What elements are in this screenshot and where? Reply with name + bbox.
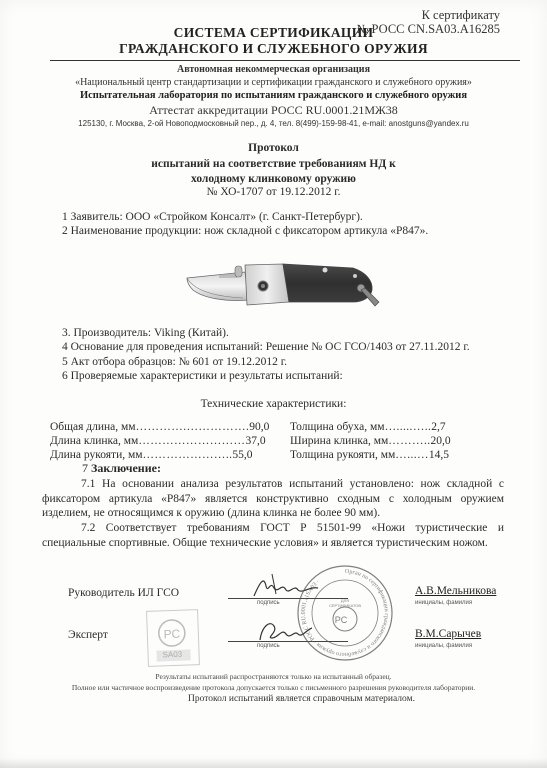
spec-value: 2,7 [431, 421, 445, 433]
spec-row: Общая длина, мм………….…………….90,0 [50, 421, 269, 433]
item-characteristics: 6 Проверяемые характеристики и результат… [62, 370, 343, 382]
spec-label: Ширина клинка, мм [290, 435, 388, 447]
tech-specs-heading: Технические характеристики: [0, 398, 547, 410]
org-type: Автономная некоммерческая организация [0, 64, 547, 75]
spec-value: 55,0 [232, 449, 252, 461]
item-applicant: 1 Заявитель: ООО «Стройком Консалт» (г. … [62, 211, 363, 223]
item-basis: 4 Основание для проведения испытаний: Ре… [62, 341, 470, 353]
spec-value: 37,0 [245, 435, 265, 447]
item-manufacturer: 3. Производитель: Viking (Китай). [62, 327, 229, 339]
signatory-name-head: А.В.Мельникова [415, 585, 496, 597]
lab-name: Испытательная лаборатория по испытаниям … [0, 90, 547, 101]
conclusion-title: Заключение: [91, 461, 161, 475]
footer-note-1: Результаты испытаний распространяются то… [0, 672, 547, 681]
svg-text:РС: РС [335, 615, 348, 625]
signature-caption: подпись [257, 600, 280, 606]
protocol-number: № ХО-1707 от 19.12.2012 г. [0, 186, 547, 198]
spec-dots: ……….. [388, 435, 430, 447]
spec-dots: ……………………… [138, 435, 245, 447]
signature-caption: подпись [257, 643, 280, 649]
spec-row: Толщина рукояти, мм…...…14,5 [290, 449, 449, 461]
square-certification-mark: РС SA03 [146, 609, 200, 667]
conclusion-paragraph-1: 7.1 На основании анализа результатов исп… [42, 477, 504, 521]
protocol-subtitle-2: холодному клинковому оружию [0, 173, 547, 185]
spec-row: Толщина обуха, мм….....…..2,7 [290, 421, 446, 433]
spec-row: Длина рукояти, мм…………………..55,0 [50, 449, 253, 461]
header-divider [50, 60, 520, 61]
spec-label: Общая длина, мм [50, 421, 136, 433]
spec-label: Толщина обуха, мм [290, 421, 385, 433]
system-title: СИСТЕМА СЕРТИФИКАЦИИ ГРАЖДАНСКОГО И СЛУЖ… [0, 25, 547, 57]
system-title-line2: ГРАЖДАНСКОГО И СЛУЖЕБНОГО ОРУЖИЯ [0, 41, 547, 57]
spec-dots: …...… [395, 449, 429, 461]
signatory-name-expert: В.М.Сарычев [415, 628, 481, 640]
rst-mark-text: РС [163, 627, 180, 642]
name-caption: инициалы, фамилия [415, 600, 472, 606]
scan-edge [0, 758, 547, 768]
conclusion-number: 7 [82, 461, 91, 475]
spec-dots: ….....….. [385, 421, 432, 433]
spec-label: Толщина рукояти, мм [290, 449, 395, 461]
spec-label: Длина рукояти, мм [50, 449, 143, 461]
conclusion-p2-text: 7.2 Соответствует требованиям ГОСТ Р 515… [42, 522, 504, 549]
name-caption: инициалы, фамилия [415, 643, 472, 649]
folding-knife-photo [185, 250, 390, 310]
svg-text:СЕРТИФИКАТОВ: СЕРТИФИКАТОВ [329, 603, 361, 608]
signatory-role-expert: Эксперт [68, 629, 108, 641]
spec-dots: ………………….. [143, 449, 233, 461]
svg-text:Орган по сертификации гражданс: Орган по сертификации гражданского и слу… [301, 569, 389, 658]
cert-ref-line1: К сертификату [356, 8, 500, 22]
address: 125130, г. Москва, 2-ой Новоподмосковный… [0, 119, 547, 128]
spec-label: Длина клинка, мм [50, 435, 138, 447]
item-product-name: 2 Наименование продукции: нож складной с… [62, 225, 428, 237]
center-name: «Национальный центр стандартизации и сер… [0, 77, 547, 88]
spec-value: 90,0 [249, 421, 269, 433]
footer-note-2: Полное или частичное воспроизведение про… [0, 683, 547, 692]
spec-dots: ………….……………. [136, 421, 250, 433]
item-sampling-act: 5 Акт отбора образцов: № 601 от 19.12.20… [62, 356, 287, 368]
spec-row: Ширина клинка, мм………..20,0 [290, 435, 451, 447]
spec-value: 20,0 [431, 435, 451, 447]
protocol-title: Протокол [0, 142, 547, 154]
conclusion-paragraph-2: 7.2 Соответствует требованиям ГОСТ Р 515… [42, 521, 504, 550]
spec-value: 14,5 [429, 449, 449, 461]
protocol-subtitle-1: испытаний на соответствие требованиям НД… [0, 158, 547, 170]
spec-row: Длина клинка, мм………………………37,0 [50, 435, 266, 447]
footer-note-3: Протокол испытаний является справочным м… [188, 694, 415, 704]
signatory-role-head: Руководитель ИЛ ГСО [68, 587, 179, 599]
accreditation: Аттестат аккредитации РОСС RU.0001.21МЖ3… [0, 103, 547, 118]
square-mark-code: SA03 [162, 650, 182, 660]
system-title-line1: СИСТЕМА СЕРТИФИКАЦИИ [0, 25, 547, 41]
round-seal-stamp: РС ДЛЯ СЕРТИФИКАТОВ Орган по сертификаци… [295, 563, 395, 663]
conclusion-p1-text: 7.1 На основании анализа результатов исп… [42, 478, 504, 519]
conclusion-heading: 7 Заключение: [82, 461, 161, 476]
